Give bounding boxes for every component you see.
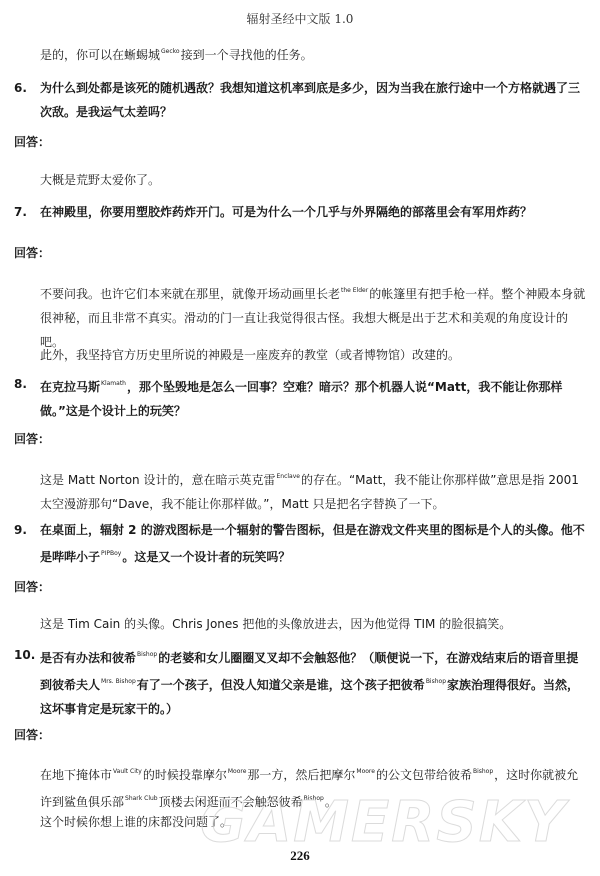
question-text: 在克拉马斯Klamath，那个坠毁地是怎么一回事？空难？暗示？那个机器人说“Ma… bbox=[40, 372, 590, 423]
question-text: 为什么到处都是该死的随机遇敌？我想知道这机率到底是多少，因为当我在旅行途中一个方… bbox=[40, 76, 590, 124]
text: 在地下掩体市 bbox=[40, 768, 112, 782]
question-8: 8. 在克拉马斯Klamath，那个坠毁地是怎么一回事？空难？暗示？那个机器人说… bbox=[14, 372, 590, 423]
annotation: Bishop bbox=[426, 678, 446, 685]
question-7: 7. 在神殿里，你要用塑胶炸药炸开门。可是为什么一个几乎与外界隔绝的部落里会有军… bbox=[14, 200, 590, 224]
answer-6: 大概是荒野太爱你了。 bbox=[40, 168, 590, 192]
answer-label: 回答： bbox=[14, 575, 50, 599]
question-text: 在桌面上，辐射 2 的游戏图标是一个辐射的警告图标，但是在游戏文件夹里的图标是个… bbox=[40, 518, 590, 569]
text: 是否有办法和彼希 bbox=[40, 651, 136, 665]
answer-7-paragraph-2: 此外，我坚持官方历史里所说的神殿是一座废弃的教堂（或者博物馆）改建的。 bbox=[40, 343, 590, 367]
annotation: Gecko bbox=[161, 48, 180, 55]
annotation: the Elder bbox=[341, 287, 368, 294]
annotation: Shark Club bbox=[125, 795, 158, 802]
annotation: Bishop bbox=[473, 768, 493, 775]
annotation: PIPBoy bbox=[101, 550, 121, 557]
annotation: Moore bbox=[356, 768, 375, 775]
text: 接到一个寻找他的任务。 bbox=[181, 48, 313, 62]
annotation: Enclave bbox=[276, 473, 299, 480]
question-10: 10. 是否有办法和彼希Bishop的老婆和女儿圈圈叉叉却不会触怒他？（顺便说一… bbox=[14, 643, 590, 721]
answer-label: 回答： bbox=[14, 723, 50, 747]
intro-paragraph: 是的，你可以在蜥蜴城Gecko接到一个寻找他的任务。 bbox=[40, 40, 590, 67]
document-header: 辐射圣经中文版 1.0 bbox=[0, 10, 600, 27]
answer-label: 回答： bbox=[14, 427, 50, 451]
question-number: 9. bbox=[14, 518, 40, 542]
text: 是的，你可以在蜥蜴城 bbox=[40, 48, 160, 62]
question-text: 在神殿里，你要用塑胶炸药炸开门。可是为什么一个几乎与外界隔绝的部落里会有军用炸药… bbox=[40, 200, 590, 224]
question-number: 6. bbox=[14, 76, 40, 100]
text: 的时候投靠摩尔 bbox=[143, 768, 227, 782]
text: 有了一个孩子，但没人知道父亲是谁，这个孩子把彼希 bbox=[137, 678, 425, 692]
annotation: Moore bbox=[228, 768, 247, 775]
text: 那一方，然后把摩尔 bbox=[247, 768, 355, 782]
question-9: 9. 在桌面上，辐射 2 的游戏图标是一个辐射的警告图标，但是在游戏文件夹里的图… bbox=[14, 518, 590, 569]
annotation: Bishop bbox=[137, 651, 157, 658]
answer-label: 回答： bbox=[14, 241, 50, 265]
text: 不要问我。也许它们本来就在那里，就像开场动画里长老 bbox=[40, 287, 340, 301]
question-text: 是否有办法和彼希Bishop的老婆和女儿圈圈叉叉却不会触怒他？（顺便说一下，在游… bbox=[40, 643, 590, 721]
annotation: Mrs. Bishop bbox=[101, 678, 136, 685]
annotation: Klamath bbox=[101, 380, 126, 387]
text: 。这是又一个设计者的玩笑吗？ bbox=[122, 550, 290, 564]
text: 这是 Matt Norton 设计的，意在暗示英克雷 bbox=[40, 473, 275, 487]
page-number: 226 bbox=[0, 848, 600, 864]
text: 的公文包带给彼希 bbox=[376, 768, 472, 782]
answer-9: 这是 Tim Cain 的头像。Chris Jones 把他的头像放进去，因为他… bbox=[40, 612, 590, 636]
question-number: 7. bbox=[14, 200, 40, 224]
annotation: Vault City bbox=[113, 768, 142, 775]
question-number: 10. bbox=[14, 643, 40, 667]
answer-label: 回答： bbox=[14, 130, 50, 154]
answer-8: 这是 Matt Norton 设计的，意在暗示英克雷Enclave的存在。“Ma… bbox=[40, 465, 590, 516]
text: 在克拉马斯 bbox=[40, 380, 100, 394]
watermark-logo: GAMERSKY bbox=[200, 790, 567, 855]
question-6: 6. 为什么到处都是该死的随机遇敌？我想知道这机率到底是多少，因为当我在旅行途中… bbox=[14, 76, 590, 124]
question-number: 8. bbox=[14, 372, 40, 396]
